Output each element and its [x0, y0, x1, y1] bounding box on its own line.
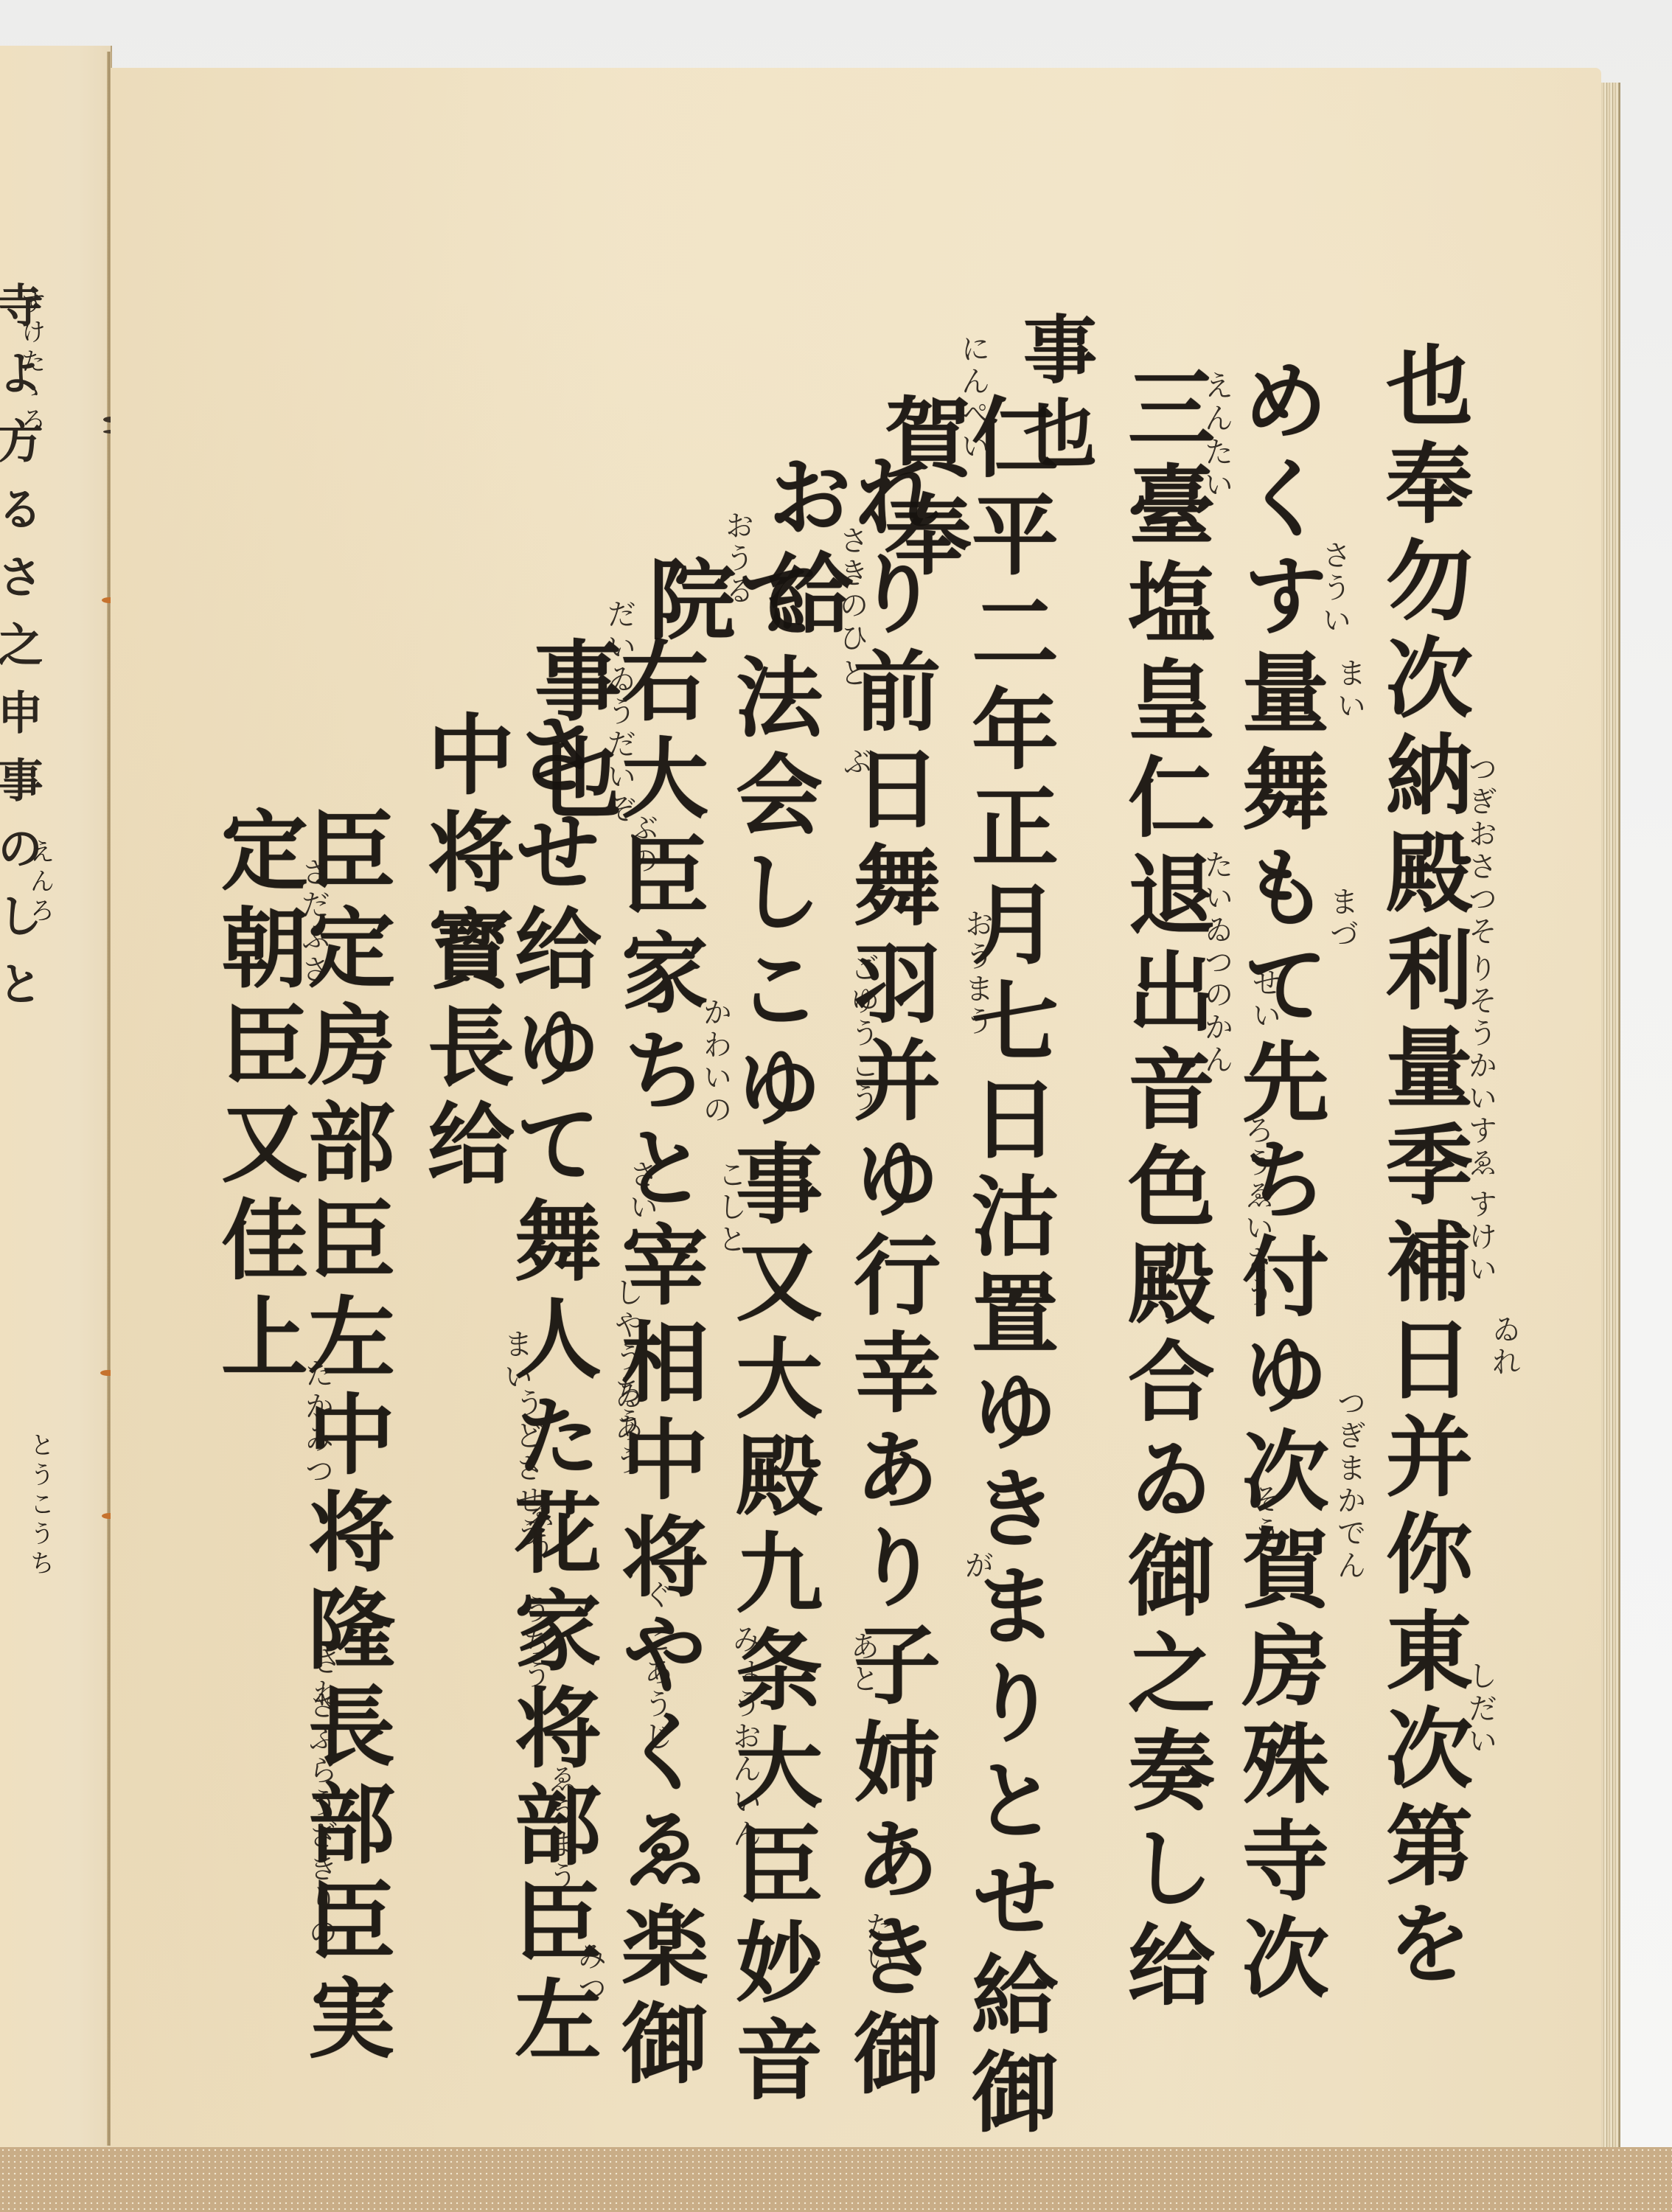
- main-manuscript-page: 也奉勿次納殿利量季補日并你東次第を つぎおさつそ りそうかいすゑ すけい ゐれ …: [111, 68, 1601, 2147]
- furigana-5b: おうまう: [962, 908, 992, 1038]
- furigana-2d: つぎまかでん: [1334, 1388, 1364, 1582]
- furigana-7c: こしと: [715, 1159, 745, 1256]
- furigana-3a: えん: [1202, 370, 1231, 435]
- furigana-3c: たいゐつのかん: [1202, 849, 1231, 1077]
- furigana-2b: まい: [1334, 658, 1364, 723]
- furigana-1b: りそうかいすゑ: [1466, 953, 1495, 1180]
- left-page-gloss: えんろ: [22, 838, 58, 927]
- furigana-8b: ぶの: [627, 813, 656, 877]
- text-column-9: させ给ゆて舞人た花家将部臣左中将寳長给: [420, 709, 594, 2147]
- furigana-5a: にんぺい: [958, 333, 988, 463]
- furigana-6d: ごゆうこう: [848, 953, 877, 1115]
- furigana-6b: と: [837, 658, 866, 690]
- furigana-6f: たい: [863, 1911, 892, 1976]
- furigana-10d: さぶらうざきりの: [306, 1690, 335, 1950]
- furigana-9f: みつ: [575, 1941, 605, 2006]
- furigana-9d: うちう: [520, 1594, 549, 1691]
- furigana-1c: すけい: [1466, 1189, 1495, 1286]
- furigana-1a: つぎおさつそ: [1466, 754, 1495, 948]
- furigana-3e: ろうゑいさう: [1242, 1115, 1272, 1310]
- furigana-2a: さうい: [1320, 540, 1349, 637]
- furigana-6e: あと: [848, 1631, 877, 1696]
- left-page-gloss: すけたゝろ: [13, 289, 49, 437]
- left-page-gloss: とうこうち: [22, 1432, 58, 1579]
- furigana-9a: まい: [501, 1329, 531, 1394]
- furigana-8c: さい: [627, 1159, 656, 1224]
- furigana-9c: ゑう: [523, 1498, 553, 1563]
- furigana-1d: ゐれ: [1489, 1314, 1519, 1379]
- furigana-7d: みょうおんいん: [730, 1624, 759, 1851]
- book-page-edges: [1601, 83, 1620, 2147]
- furigana-10a: さだふさ: [299, 857, 328, 987]
- furigana-9e: ゑうまう: [546, 1764, 575, 1893]
- furigana-2c: まづ: [1327, 886, 1356, 951]
- text-column-1: 也奉勿次納殿利量季補日并你東次第を: [1379, 341, 1466, 1995]
- furigana-10b: たかみつ: [302, 1358, 332, 1488]
- furigana-6a: さきのひ: [837, 525, 866, 655]
- furigana-5c: が: [962, 1550, 992, 1582]
- text-column-3: 三臺塩皇仁退出音色殿合ゐ御之奏し给: [1121, 363, 1208, 2017]
- bottom-dotted-band: [0, 2147, 1672, 2212]
- furigana-3d: せい: [1250, 967, 1279, 1032]
- furigana-8e: ゐあう: [612, 1380, 641, 1478]
- furigana-3f: そう: [1250, 1484, 1279, 1548]
- furigana-7a: おうる: [722, 510, 752, 608]
- furigana-1e: しだい: [1466, 1660, 1495, 1758]
- furigana-8a: だいゐうだいぞ: [605, 599, 634, 826]
- furigana-6c: ぶ: [840, 746, 870, 779]
- furigana-8g: ごあうじ: [641, 1624, 671, 1753]
- furigana-3b: たい: [1202, 437, 1231, 501]
- left-facing-page: 寺よ方るさ之申事のしと すけたゝろ えんろ とうこうち: [0, 46, 112, 2147]
- furigana-8f: ぐ: [641, 1579, 671, 1612]
